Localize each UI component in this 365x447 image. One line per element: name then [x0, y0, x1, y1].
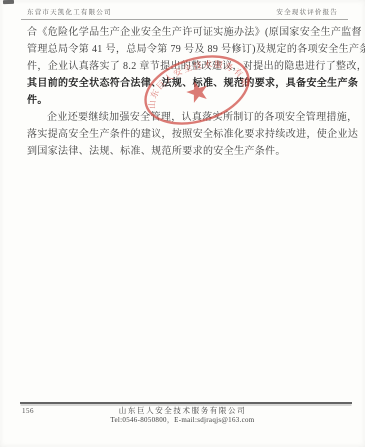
- header-report-title: 安全现状评价报告: [276, 7, 338, 16]
- scanned-report-page: 东营市天凯化工有限公司 安全现状评价报告 合《危险化学品生产企业安全生产许可证实…: [0, 0, 365, 447]
- body-line: 企业还要继续加强安全管理，认真落实所制订的各项安全管理措施，: [27, 109, 348, 126]
- scan-artifact: [3, 0, 14, 4]
- body-line-bold: 其目前的安全状态符合法律、法规、标准、规范的要求，具备安全生产条: [27, 75, 348, 92]
- body-line-bold: 件。: [27, 92, 348, 109]
- body-line: 管理总局令第 41 号，总局令第 79 号及 89 号修订)及规定的各项安全生产…: [27, 41, 348, 58]
- footer-contact-info: Tel:0546-8050800，E-mail:sdjraqjs@163.com: [0, 415, 365, 425]
- body-line: 件，企业认真落实了 8.2 章节提出的整改建议，对提出的隐患进行了整改，: [27, 58, 348, 75]
- body-line: 合《危险化学品生产企业安全生产许可证实施办法》(原国家安全生产监督: [27, 24, 348, 41]
- header-company-name: 东营市天凯化工有限公司: [27, 7, 112, 16]
- body-paragraphs: 合《危险化学品生产企业安全生产许可证实施办法》(原国家安全生产监督 管理总局令第…: [27, 24, 348, 160]
- body-line: 落实提高安全生产条件的建议，按照安全标准化要求持续改进，使企业达: [27, 126, 348, 143]
- footer-rule: [20, 402, 352, 404]
- header-rule: [21, 19, 348, 20]
- body-line: 到国家法律、法规、标准、规范所要求的安全生产条件。: [27, 143, 348, 160]
